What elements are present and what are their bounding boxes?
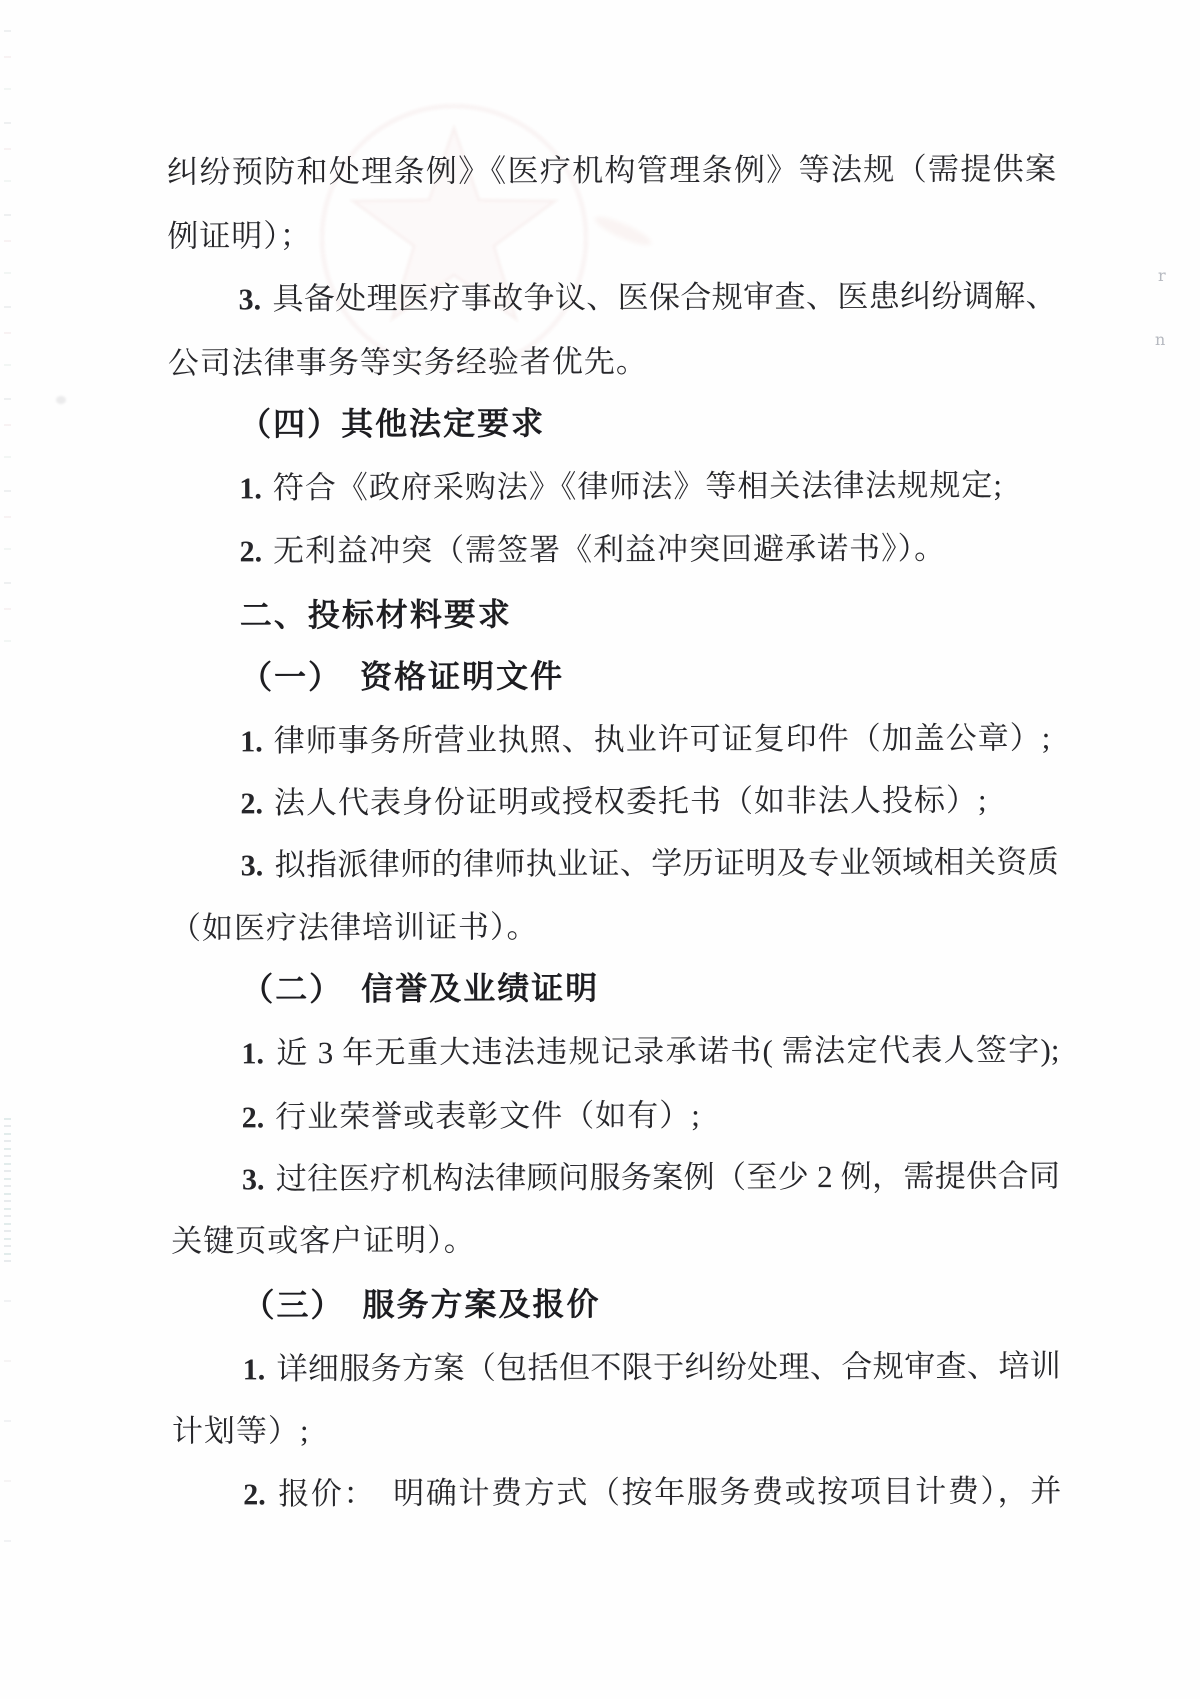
body-line: 2.报价： 明确计费方式（按年服务费或按项目计费），并 bbox=[243, 1470, 1061, 1516]
section-heading: （一） 资格证明文件 bbox=[240, 655, 564, 698]
list-number: 2. bbox=[240, 787, 263, 820]
list-number: 1. bbox=[239, 472, 262, 505]
body-line: 3.过往医疗机构法律顾问服务案例（至少 2 例，需提供合同 bbox=[242, 1155, 1060, 1201]
body-line: 1.近 3 年无重大违法违规记录承诺书( 需法定代表人签字); bbox=[241, 1029, 1059, 1075]
body-line-text: 律师事务所营业执照、执业许可证复印件（加盖公章）; bbox=[274, 720, 1052, 758]
body-line-text: 无利益冲突（需签署《利益冲突回避承诺书》）。 bbox=[273, 531, 946, 569]
body-line-text: 具备处理医疗事故争议、医保合规审查、医患纠纷调解、 bbox=[272, 278, 1057, 316]
body-line: 计划等）; bbox=[172, 1410, 310, 1453]
section-heading: （二） 信誉及业绩证明 bbox=[241, 967, 599, 1010]
body-line: 2.法人代表身份证明或授权委托书（如非法人投标）; bbox=[240, 780, 987, 826]
list-number: 2. bbox=[243, 1478, 266, 1511]
body-line-text: 详细服务方案（包括但不限于纠纷处理、合规审查、培训 bbox=[276, 1348, 1061, 1386]
document-text-column: 纠纷预防和处理条例》《医疗机构管理条例》等法规（需提供案 例证明）； 3.具备处… bbox=[0, 0, 1200, 1699]
body-line: 关键页或客户证明）。 bbox=[171, 1219, 476, 1262]
section-heading: 二、投标材料要求 bbox=[240, 593, 512, 636]
list-number: 2. bbox=[239, 535, 262, 568]
body-line: 2.行业荣誉或表彰文件（如有）; bbox=[242, 1095, 701, 1140]
body-line-text: 法人代表身份证明或授权委托书（如非法人投标）; bbox=[274, 783, 988, 821]
body-line: 2.无利益冲突（需签署《利益冲突回避承诺书》）。 bbox=[239, 528, 946, 574]
list-number: 3. bbox=[242, 1163, 265, 1196]
body-line: （如医疗法律培训证书）。 bbox=[170, 906, 539, 949]
body-line-text: 拟指派律师的律师执业证、学历证明及专业领域相关资质 bbox=[274, 844, 1059, 882]
body-line: 公司法律事务等实务经验者优先。 bbox=[168, 341, 648, 385]
body-line: 1.律师事务所营业执照、执业许可证复印件（加盖公章）; bbox=[240, 717, 1051, 763]
scanned-document-page: r n 纠纷预防和处理条例》《医疗机构管理条例》等法规（需提供案 例证明）； 3… bbox=[0, 0, 1200, 1699]
list-number: 1. bbox=[240, 725, 263, 758]
body-line: 例证明）； bbox=[167, 215, 312, 258]
list-number: 1. bbox=[243, 1353, 266, 1386]
body-line-text: 近 3 年无重大违法违规记录承诺书( 需法定代表人签字); bbox=[275, 1032, 1060, 1070]
body-line-text: 报价： 明确计费方式（按年服务费或按项目计费），并 bbox=[277, 1473, 1062, 1511]
list-number: 1. bbox=[241, 1037, 264, 1070]
body-line: 纠纷预防和处理条例》《医疗机构管理条例》等法规（需提供案 bbox=[167, 148, 1056, 193]
section-heading: （三） 服务方案及报价 bbox=[242, 1283, 600, 1326]
body-line: 3.拟指派律师的律师执业证、学历证明及专业领域相关资质 bbox=[241, 841, 1059, 887]
list-number: 3. bbox=[241, 849, 264, 882]
list-number: 2. bbox=[242, 1101, 265, 1134]
body-line-text: 行业荣誉或表彰文件（如有）; bbox=[275, 1098, 701, 1135]
body-line: 1.详细服务方案（包括但不限于纠纷处理、合规审查、培训 bbox=[243, 1345, 1061, 1391]
body-line-text: 过往医疗机构法律顾问服务案例（至少 2 例，需提供合同 bbox=[275, 1158, 1060, 1196]
body-line-text: 符合《政府采购法》《律师法》等相关法律法规规定; bbox=[273, 467, 1003, 505]
body-line: 3.具备处理医疗事故争议、医保合规审查、医患纠纷调解、 bbox=[238, 275, 1056, 321]
list-number: 3. bbox=[239, 283, 262, 316]
section-heading: （四）其他法定要求 bbox=[239, 402, 545, 445]
body-line: 1.符合《政府采购法》《律师法》等相关法律法规规定; bbox=[239, 464, 1003, 510]
